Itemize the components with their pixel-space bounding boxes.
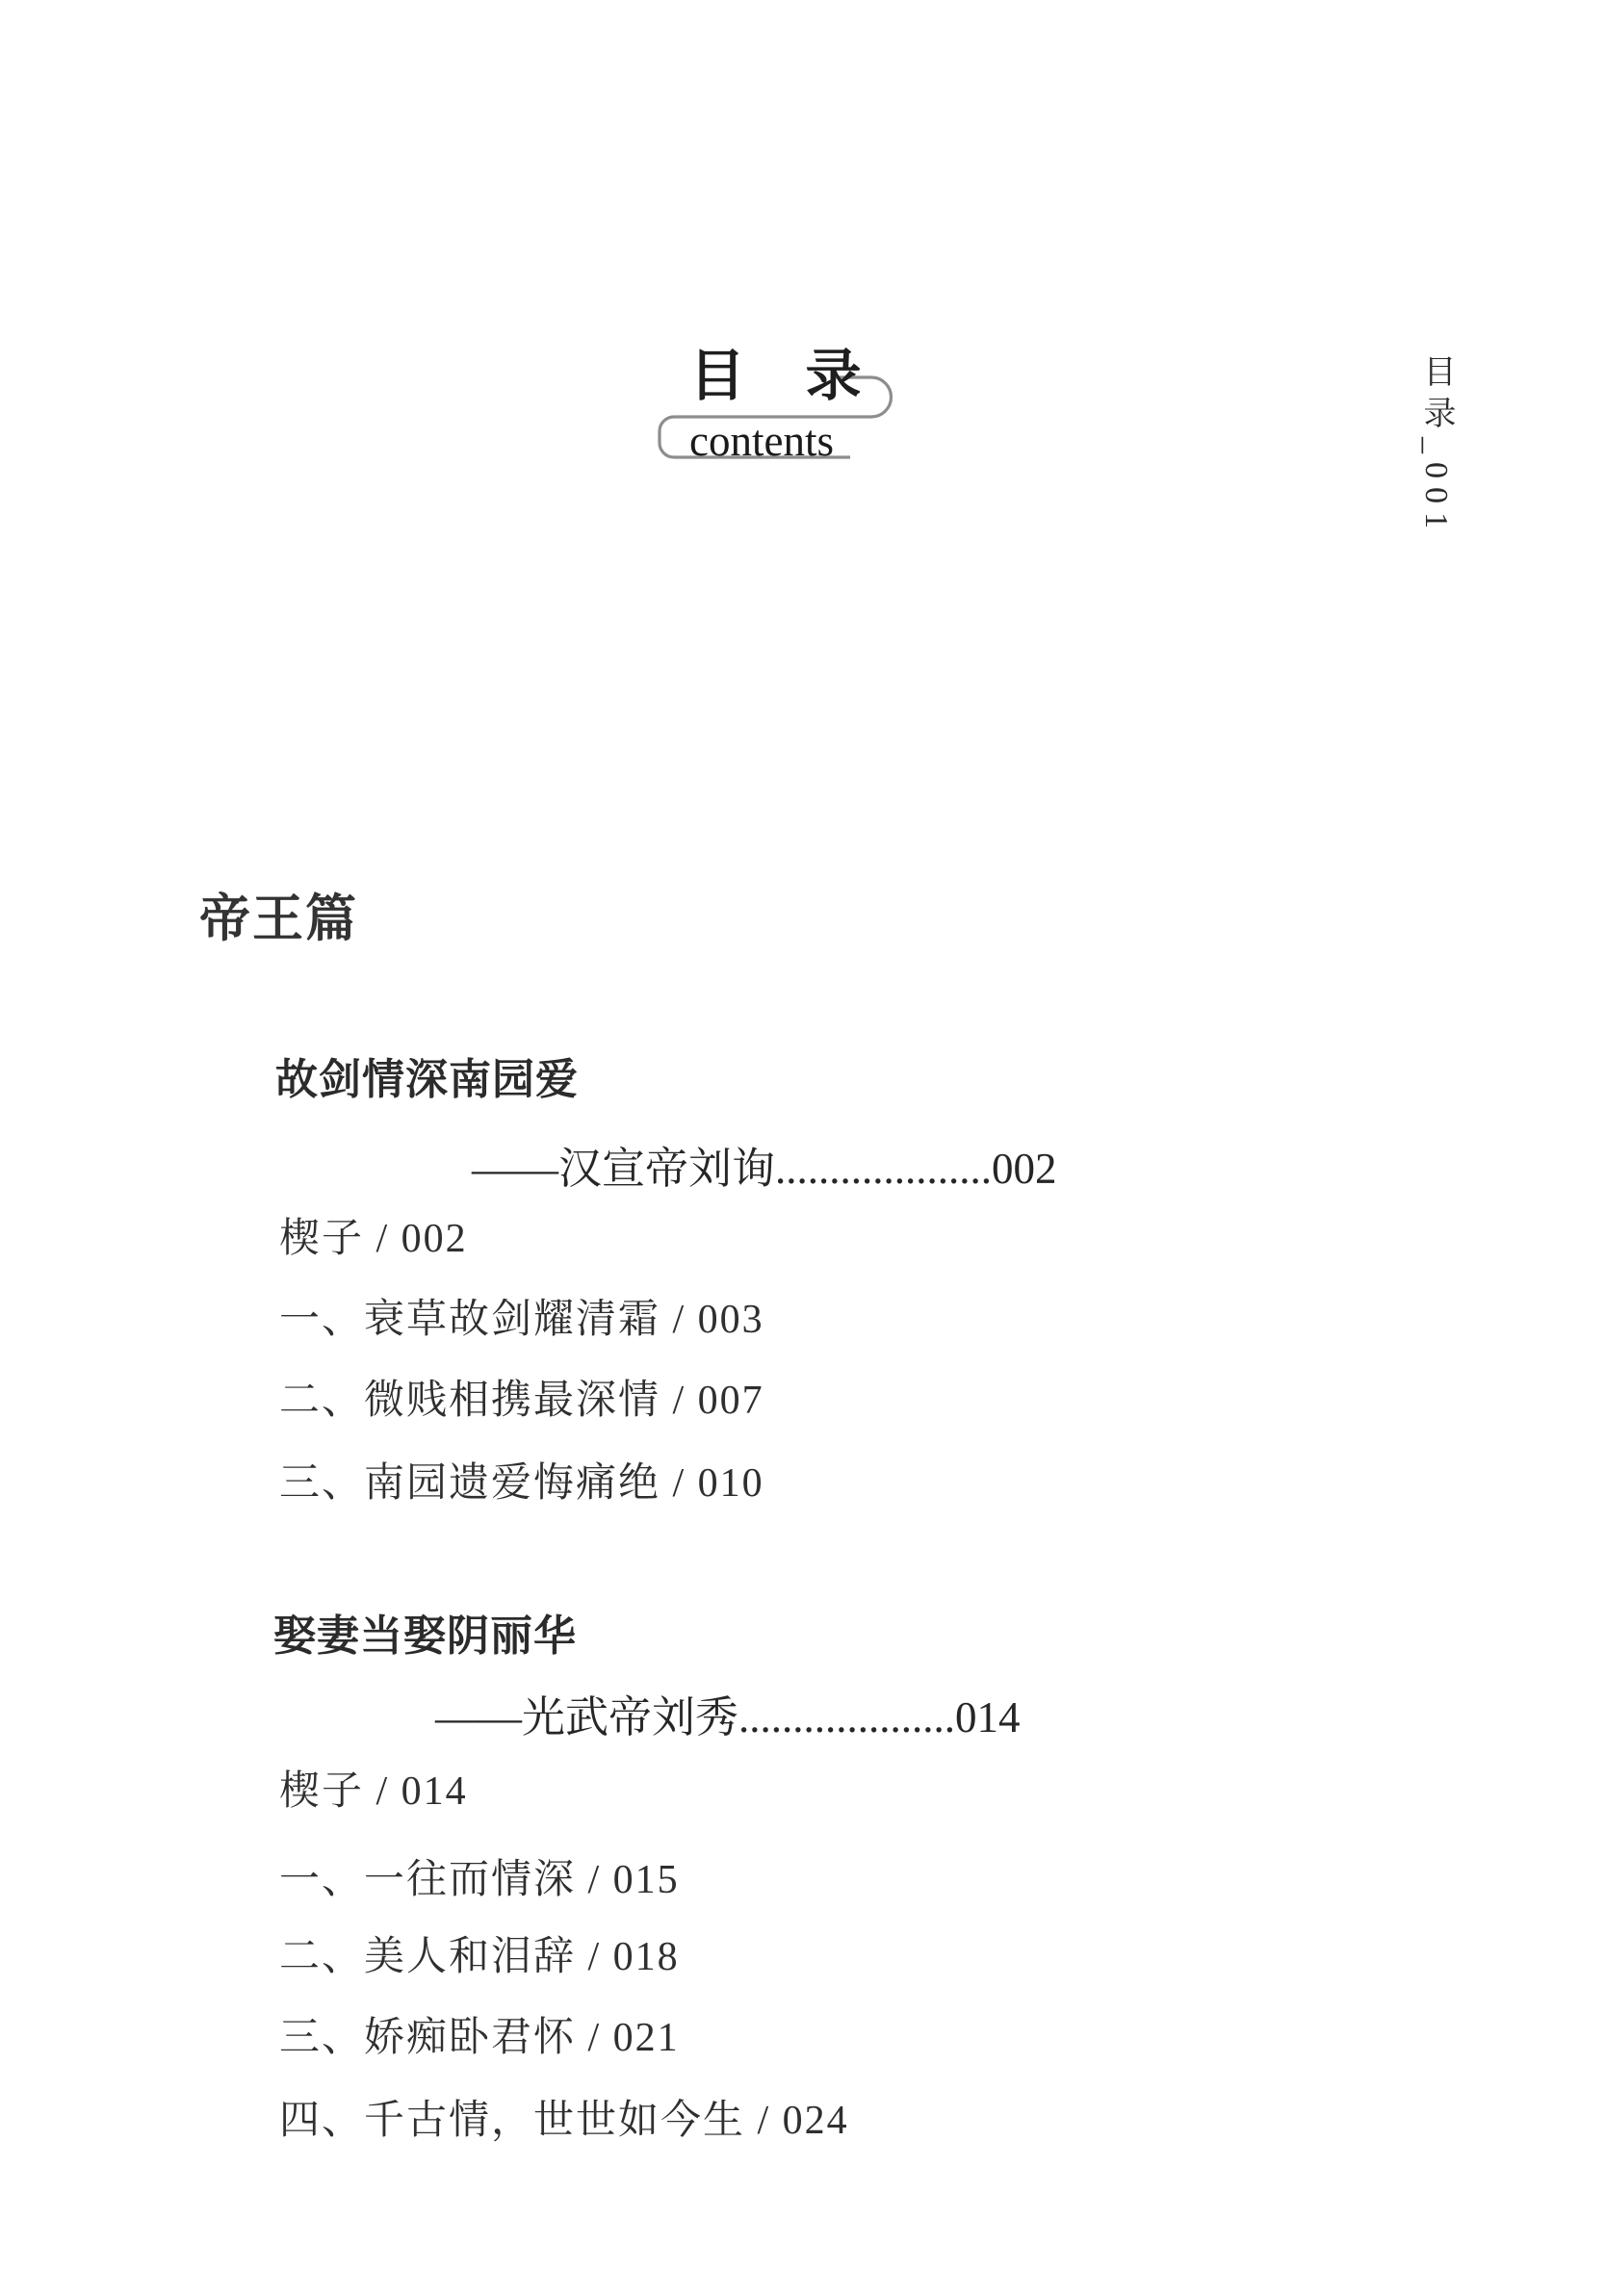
margin-page-marker: 目录_001: [1419, 354, 1452, 537]
toc-entry: 楔子 / 002: [279, 1219, 468, 1259]
toc-entry: 四、千古情，世世如今生 / 024: [279, 2101, 849, 2141]
page-title-cn: 目 录: [689, 348, 885, 404]
chapter-subtitle: ——汉宣帝刘询....................002: [472, 1148, 1057, 1191]
toc-entry: 楔子 / 014: [279, 1771, 468, 1812]
part-heading: 帝王篇: [199, 893, 358, 944]
toc-entry: 三、南园遗爱悔痛绝 / 010: [279, 1463, 764, 1504]
toc-page: 目 录 contents 目录_001 帝王篇 故剑情深南园爱 ——汉宣帝刘询.…: [0, 0, 1605, 2296]
toc-entry: 二、美人和泪辞 / 018: [279, 1937, 680, 1977]
chapter-title: 故剑情深南园爱: [275, 1059, 579, 1101]
toc-entry: 三、娇痴卧君怀 / 021: [279, 2018, 680, 2058]
chapter-subtitle: ——光武帝刘秀....................014: [435, 1696, 1021, 1740]
toc-entry: 一、衰草故剑耀清霜 / 003: [279, 1300, 764, 1340]
page-title-en: contents: [689, 420, 834, 463]
toc-entry: 二、微贱相携最深情 / 007: [279, 1380, 764, 1421]
toc-entry: 一、一往而情深 / 015: [279, 1860, 680, 1900]
chapter-title: 娶妻当娶阴丽华: [273, 1615, 577, 1658]
